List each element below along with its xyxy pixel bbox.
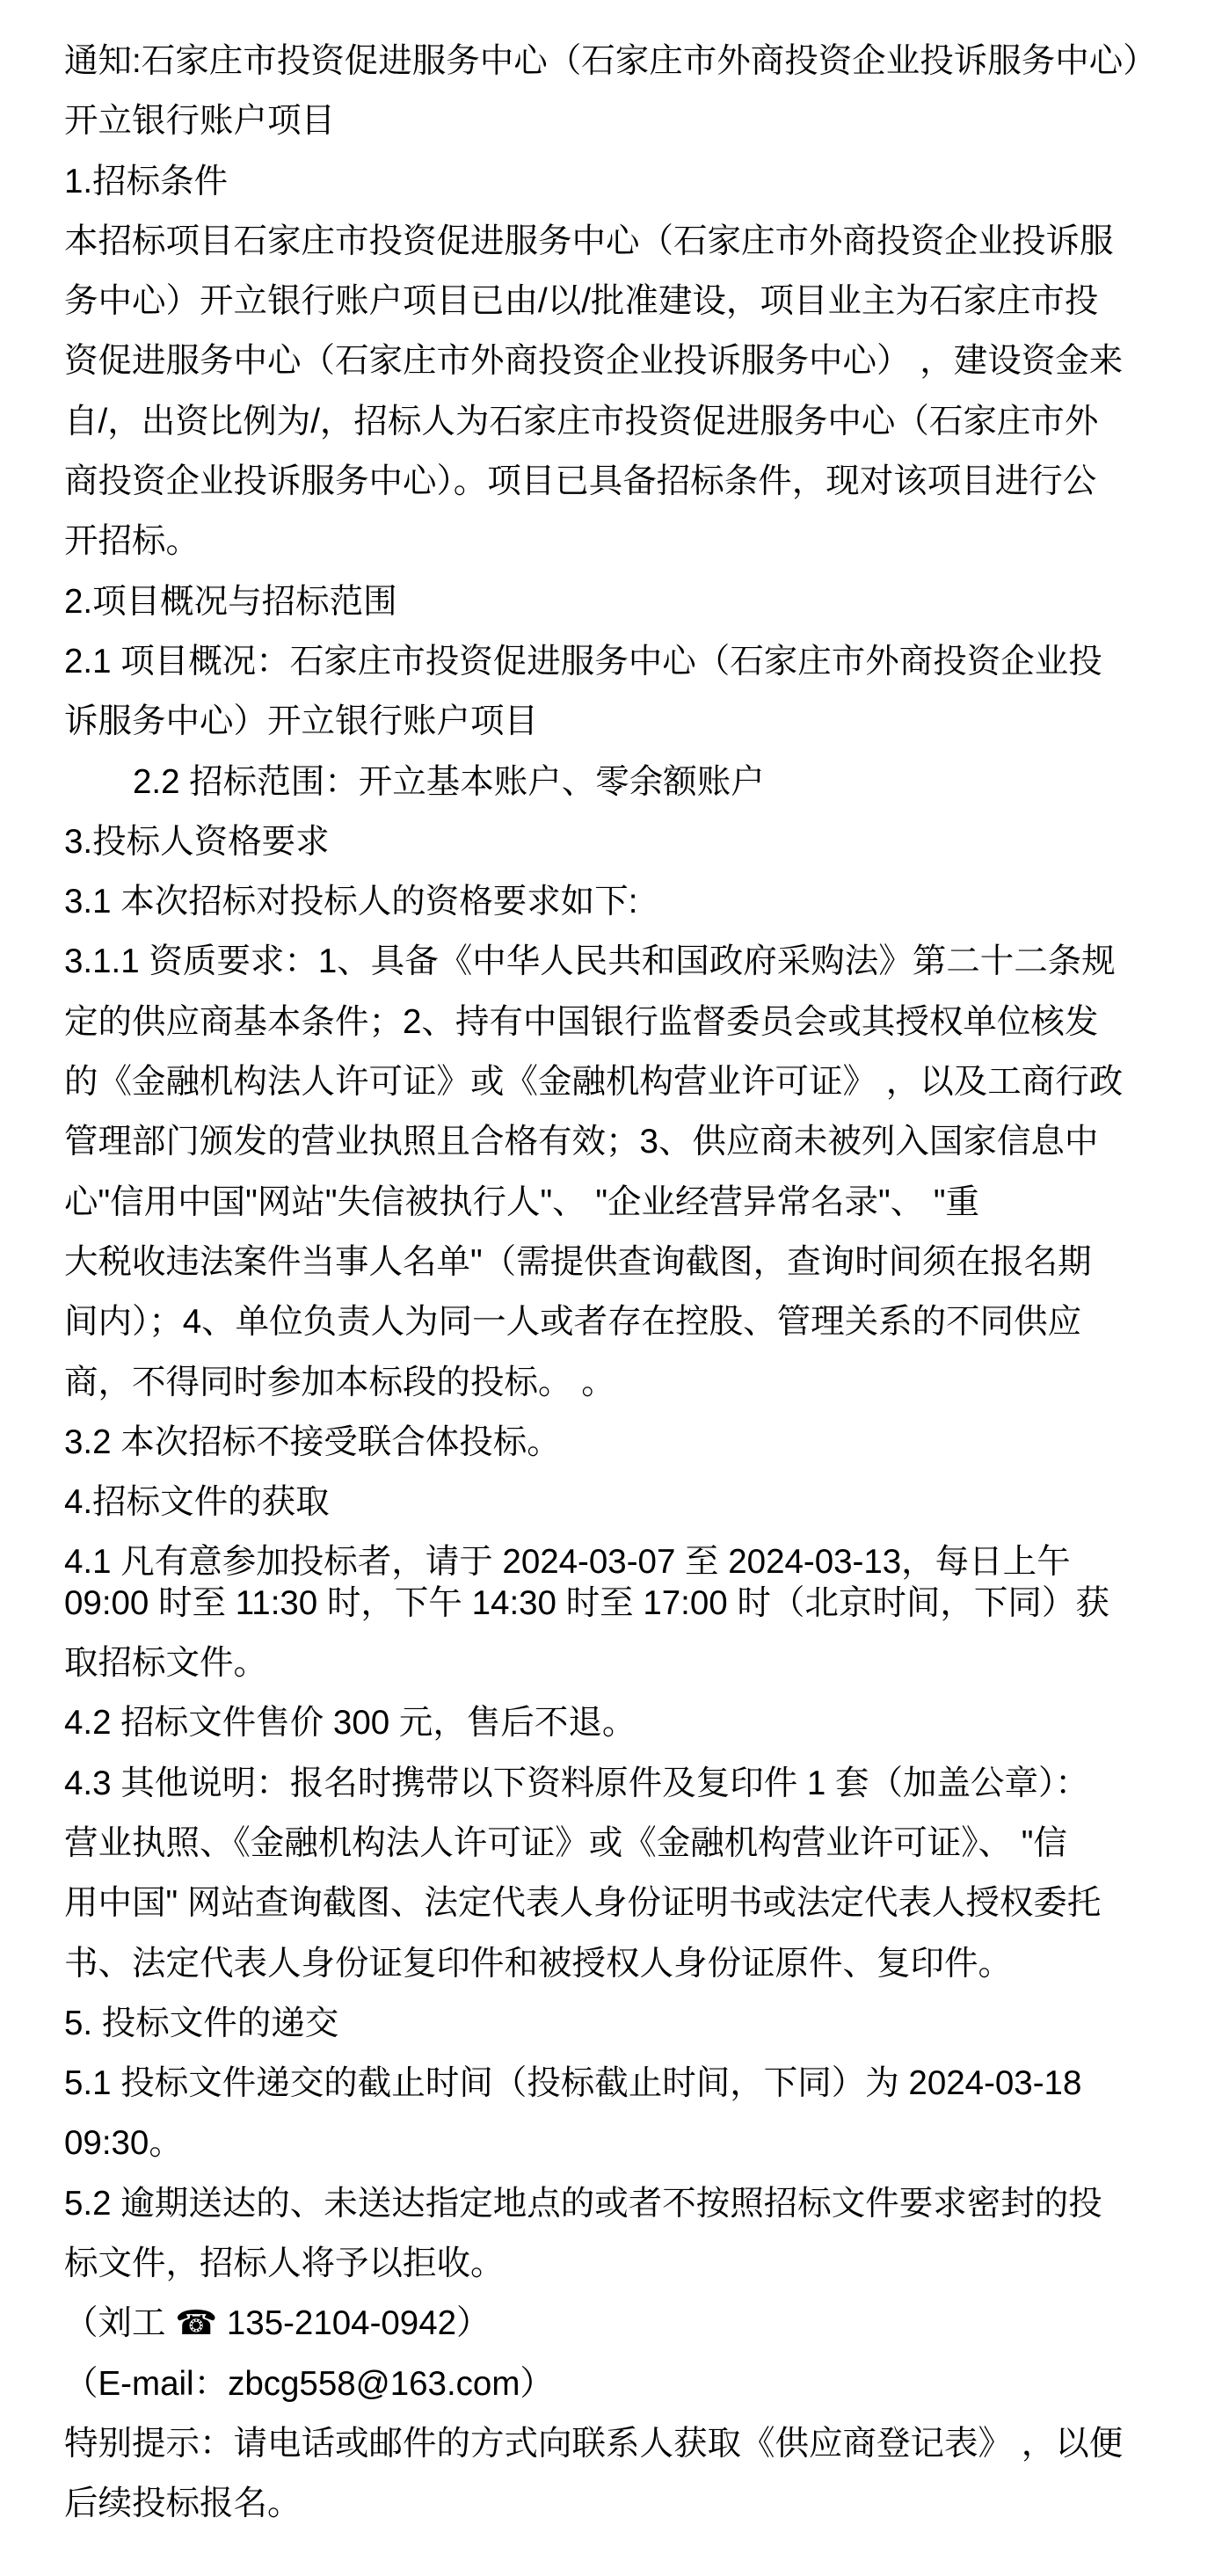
text-line: 诉服务中心）开立银行账户项目 [64, 692, 1171, 752]
text-line: 5. 投标文件的递交 [64, 1994, 1171, 2054]
text-line: 4.2 招标文件售价 300 元，售后不退。 [64, 1693, 1171, 1753]
text-line: 4.3 其他说明：报名时携带以下资料原件及复印件 1 套（加盖公章）： [64, 1754, 1171, 1814]
text-line: 3.投标人资格要求 [64, 812, 1171, 872]
text-part: 135-2104-0942） [217, 2304, 490, 2342]
text-line: 通知:石家庄市投资促进服务中心（石家庄市外商投资企业投诉服务中心） [64, 32, 1171, 91]
text-line: 3.1.1 资质要求：1、具备《中华人民共和国政府采购法》第二十二条规 [64, 932, 1171, 992]
text-line: 后续投标报名。 [64, 2474, 1171, 2534]
text-line: 商，不得同时参加本标段的投标。 。 [64, 1353, 1171, 1413]
text-line: 开招标。 [64, 512, 1171, 571]
text-line: 资促进服务中心（石家庄市外商投资企业投诉服务中心） ，建设资金来 [64, 331, 1171, 391]
text-line: 1.招标条件 [64, 152, 1171, 212]
text-line: 2.项目概况与招标范围 [64, 572, 1171, 632]
text-line: 定的供应商基本条件；2、持有中国银行监督委员会或其授权单位核发 [64, 993, 1171, 1052]
text-line: 间内）；4、单位负责人为同一人或者存在控股、管理关系的不同供应 [64, 1292, 1171, 1352]
text-line: 的《金融机构法人许可证》或《金融机构营业许可证》 ，以及工商行政 [64, 1052, 1171, 1112]
phone-icon: ☎ [175, 2304, 217, 2342]
text-line: 营业执照、《金融机构法人许可证》或《金融机构营业许可证》、 "信 [64, 1814, 1171, 1874]
text-line: 管理部门颁发的营业执照且合格有效；3、供应商未被列入国家信息中 [64, 1112, 1171, 1172]
text-line: 书、法定代表人身份证复印件和被授权人身份证原件、复印件。 [64, 1934, 1171, 1994]
text-line: 2.1 项目概况：石家庄市投资促进服务中心（石家庄市外商投资企业投 [64, 632, 1171, 692]
text-line: 自/，出资比例为/，招标人为石家庄市投资促进服务中心（石家庄市外 [64, 392, 1171, 452]
text-line: 取招标文件。 [64, 1634, 1171, 1693]
text-line: 大税收违法案件当事人名单"（需提供查询截图，查询时间须在报名期 [64, 1233, 1171, 1292]
text-line: 标文件，招标人将予以拒收。 [64, 2234, 1171, 2294]
text-line: 4.招标文件的获取 [64, 1473, 1171, 1532]
text-line: 3.2 本次招标不接受联合体投标。 [64, 1413, 1171, 1473]
text-line: 3.1 本次招标对投标人的资格要求如下: [64, 872, 1171, 932]
text-line: 5.1 投标文件递交的截止时间（投标截止时间，下同）为 2024-03-18 [64, 2054, 1171, 2114]
text-line: 09:00 时至 11:30 时，下午 14:30 时至 17:00 时（北京时… [64, 1574, 1171, 1634]
text-line: 本招标项目石家庄市投资促进服务中心（石家庄市外商投资企业投诉服 [64, 212, 1171, 272]
text-line: 务中心）开立银行账户项目已由/以/批准建设，项目业主为石家庄市投 [64, 272, 1171, 331]
text-line: 开立银行账户项目 [64, 91, 1171, 151]
text-line: 商投资企业投诉服务中心）。项目已具备招标条件，现对该项目进行公 [64, 452, 1171, 512]
tender-notice-document: 通知:石家庄市投资促进服务中心（石家庄市外商投资企业投诉服务中心）开立银行账户项… [0, 0, 1222, 2576]
text-line: 09:30。 [64, 2114, 1171, 2173]
text-line: 用中国" 网站查询截图、法定代表人身份证明书或法定代表人授权委托 [64, 1874, 1171, 1933]
text-line: 2.2 招标范围：开立基本账户、零余额账户 [64, 753, 1171, 812]
contact-email-line: （E-mail：zbcg558@163.com） [64, 2354, 1171, 2414]
contact-phone-line: （刘工 ☎ 135-2104-0942） [64, 2294, 1171, 2354]
text-line: 5.2 逾期送达的、未送达指定地点的或者不按照招标文件要求密封的投 [64, 2174, 1171, 2234]
text-line: 心"信用中国"网站"失信被执行人"、 "企业经营异常名录"、 "重 [64, 1173, 1171, 1233]
document-text: 通知:石家庄市投资促进服务中心（石家庄市外商投资企业投诉服务中心）开立银行账户项… [64, 32, 1171, 2534]
text-part: （刘工 [64, 2304, 175, 2342]
text-line: 特别提示：请电话或邮件的方式向联系人获取《供应商登记表》 ，以便 [64, 2414, 1171, 2474]
